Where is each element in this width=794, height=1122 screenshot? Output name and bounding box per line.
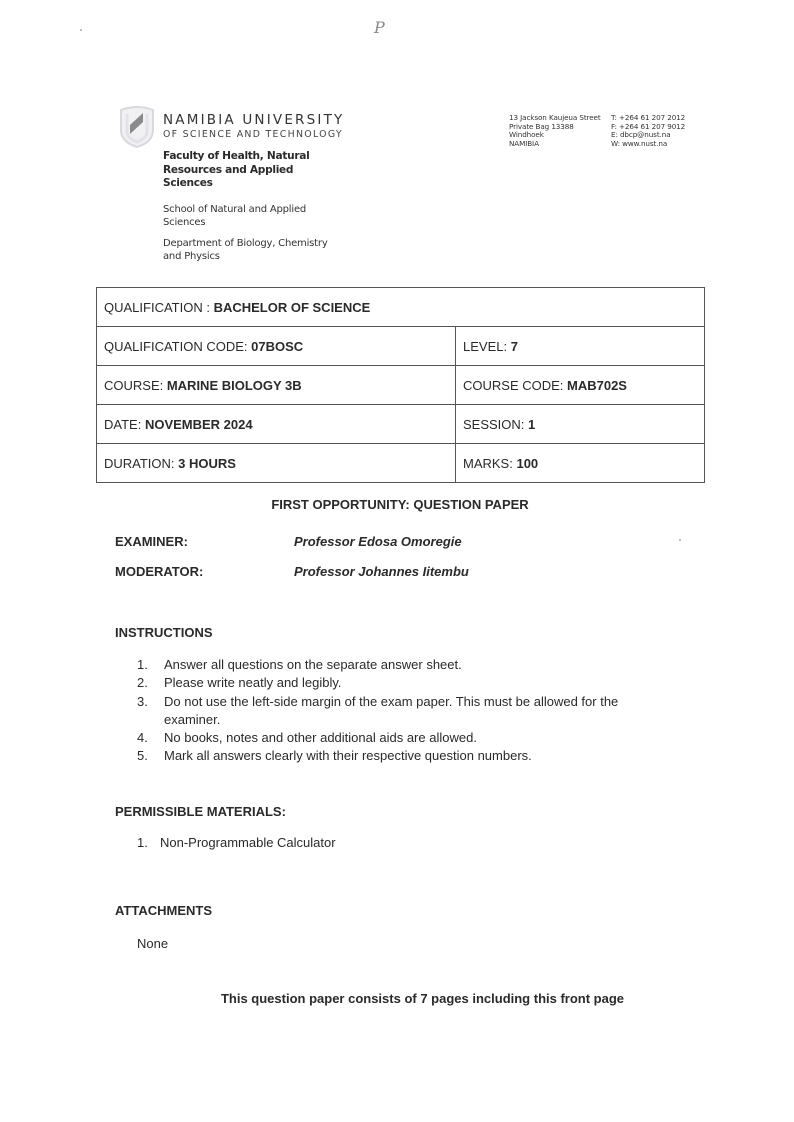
duration-value: 3 HOURS: [178, 456, 236, 471]
list-item: 2.Please write neatly and legibly.: [137, 674, 677, 692]
marks-label: MARKS:: [463, 456, 516, 471]
session-value: 1: [528, 417, 535, 432]
table-row: COURSE: MARINE BIOLOGY 3B COURSE CODE: M…: [97, 366, 705, 405]
session-label: SESSION:: [463, 417, 528, 432]
item-text: Do not use the left-side margin of the e…: [164, 693, 677, 730]
item-number: 2.: [137, 674, 164, 692]
item-text: Mark all answers clearly with their resp…: [164, 747, 677, 765]
school-name: School of Natural and Applied Sciences: [163, 204, 333, 229]
date-cell: DATE: NOVEMBER 2024: [97, 405, 456, 444]
course-code-cell: COURSE CODE: MAB702S: [456, 366, 705, 405]
date-value: NOVEMBER 2024: [145, 417, 253, 432]
qualification-code-label: QUALIFICATION CODE:: [104, 339, 251, 354]
item-number: 5.: [137, 747, 164, 765]
duration-label: DURATION:: [104, 456, 178, 471]
address-line: NAMIBIA: [509, 140, 601, 149]
qualification-code-cell: QUALIFICATION CODE: 07BOSC: [97, 327, 456, 366]
moderator-name: Professor Johannes Iitembu: [294, 564, 469, 579]
course-label: COURSE:: [104, 378, 167, 393]
item-text: Answer all questions on the separate ans…: [164, 656, 677, 674]
item-text: No books, notes and other additional aid…: [164, 729, 677, 747]
list-item: 5.Mark all answers clearly with their re…: [137, 747, 677, 765]
attachments-value: None: [137, 936, 168, 951]
course-value: MARINE BIOLOGY 3B: [167, 378, 302, 393]
examiner-label: EXAMINER:: [115, 534, 188, 549]
qualification-value: BACHELOR OF SCIENCE: [214, 300, 371, 315]
university-logo-icon: [117, 104, 157, 148]
address-block: 13 Jackson Kaujeua Street Private Bag 13…: [509, 114, 601, 148]
website-line: W: www.nust.na: [611, 140, 685, 149]
item-number: 1.: [137, 835, 160, 850]
table-row: DURATION: 3 HOURS MARKS: 100: [97, 444, 705, 483]
level-value: 7: [511, 339, 518, 354]
course-code-value: MAB702S: [567, 378, 627, 393]
list-item: 1.Non-Programmable Calculator: [137, 835, 336, 850]
course-code-label: COURSE CODE:: [463, 378, 567, 393]
item-text: Non-Programmable Calculator: [160, 835, 336, 850]
table-row: DATE: NOVEMBER 2024 SESSION: 1: [97, 405, 705, 444]
examiner-name: Professor Edosa Omoregie: [294, 534, 462, 549]
university-subtitle: OF SCIENCE AND TECHNOLOGY: [163, 129, 343, 140]
item-text: Please write neatly and legibly.: [164, 674, 677, 692]
moderator-label: MODERATOR:: [115, 564, 203, 579]
date-label: DATE:: [104, 417, 145, 432]
paper-title: FIRST OPPORTUNITY: QUESTION PAPER: [0, 497, 794, 512]
qualification-cell: QUALIFICATION : BACHELOR OF SCIENCE: [97, 288, 705, 327]
page-count-note: This question paper consists of 7 pages …: [0, 991, 794, 1006]
exam-info-table: QUALIFICATION : BACHELOR OF SCIENCE QUAL…: [96, 287, 705, 483]
instructions-heading: INSTRUCTIONS: [115, 625, 213, 640]
session-cell: SESSION: 1: [456, 405, 705, 444]
duration-cell: DURATION: 3 HOURS: [97, 444, 456, 483]
table-row: QUALIFICATION : BACHELOR OF SCIENCE: [97, 288, 705, 327]
course-cell: COURSE: MARINE BIOLOGY 3B: [97, 366, 456, 405]
level-cell: LEVEL: 7: [456, 327, 705, 366]
instructions-list: 1.Answer all questions on the separate a…: [137, 656, 677, 766]
scan-speck: [80, 29, 82, 31]
table-row: QUALIFICATION CODE: 07BOSC LEVEL: 7: [97, 327, 705, 366]
item-number: 4.: [137, 729, 164, 747]
level-label: LEVEL:: [463, 339, 511, 354]
permissible-materials-heading: PERMISSIBLE MATERIALS:: [115, 804, 286, 819]
item-number: 1.: [137, 656, 164, 674]
list-item: 1.Answer all questions on the separate a…: [137, 656, 677, 674]
contact-block: T: +264 61 207 2012 F: +264 61 207 9012 …: [611, 114, 685, 148]
qualification-label: QUALIFICATION :: [104, 300, 214, 315]
faculty-name: Faculty of Health, Natural Resources and…: [163, 150, 313, 191]
item-number: 3.: [137, 693, 164, 730]
attachments-heading: ATTACHMENTS: [115, 903, 212, 918]
list-item: 4.No books, notes and other additional a…: [137, 729, 677, 747]
marks-cell: MARKS: 100: [456, 444, 705, 483]
scan-speck: [679, 539, 681, 541]
list-item: 3.Do not use the left-side margin of the…: [137, 693, 677, 730]
university-name: NAMIBIA UNIVERSITY: [163, 112, 344, 128]
marks-value: 100: [516, 456, 538, 471]
department-name: Department of Biology, Chemistry and Phy…: [163, 238, 333, 263]
qualification-code-value: 07BOSC: [251, 339, 303, 354]
handwritten-page-mark: P: [374, 18, 385, 37]
